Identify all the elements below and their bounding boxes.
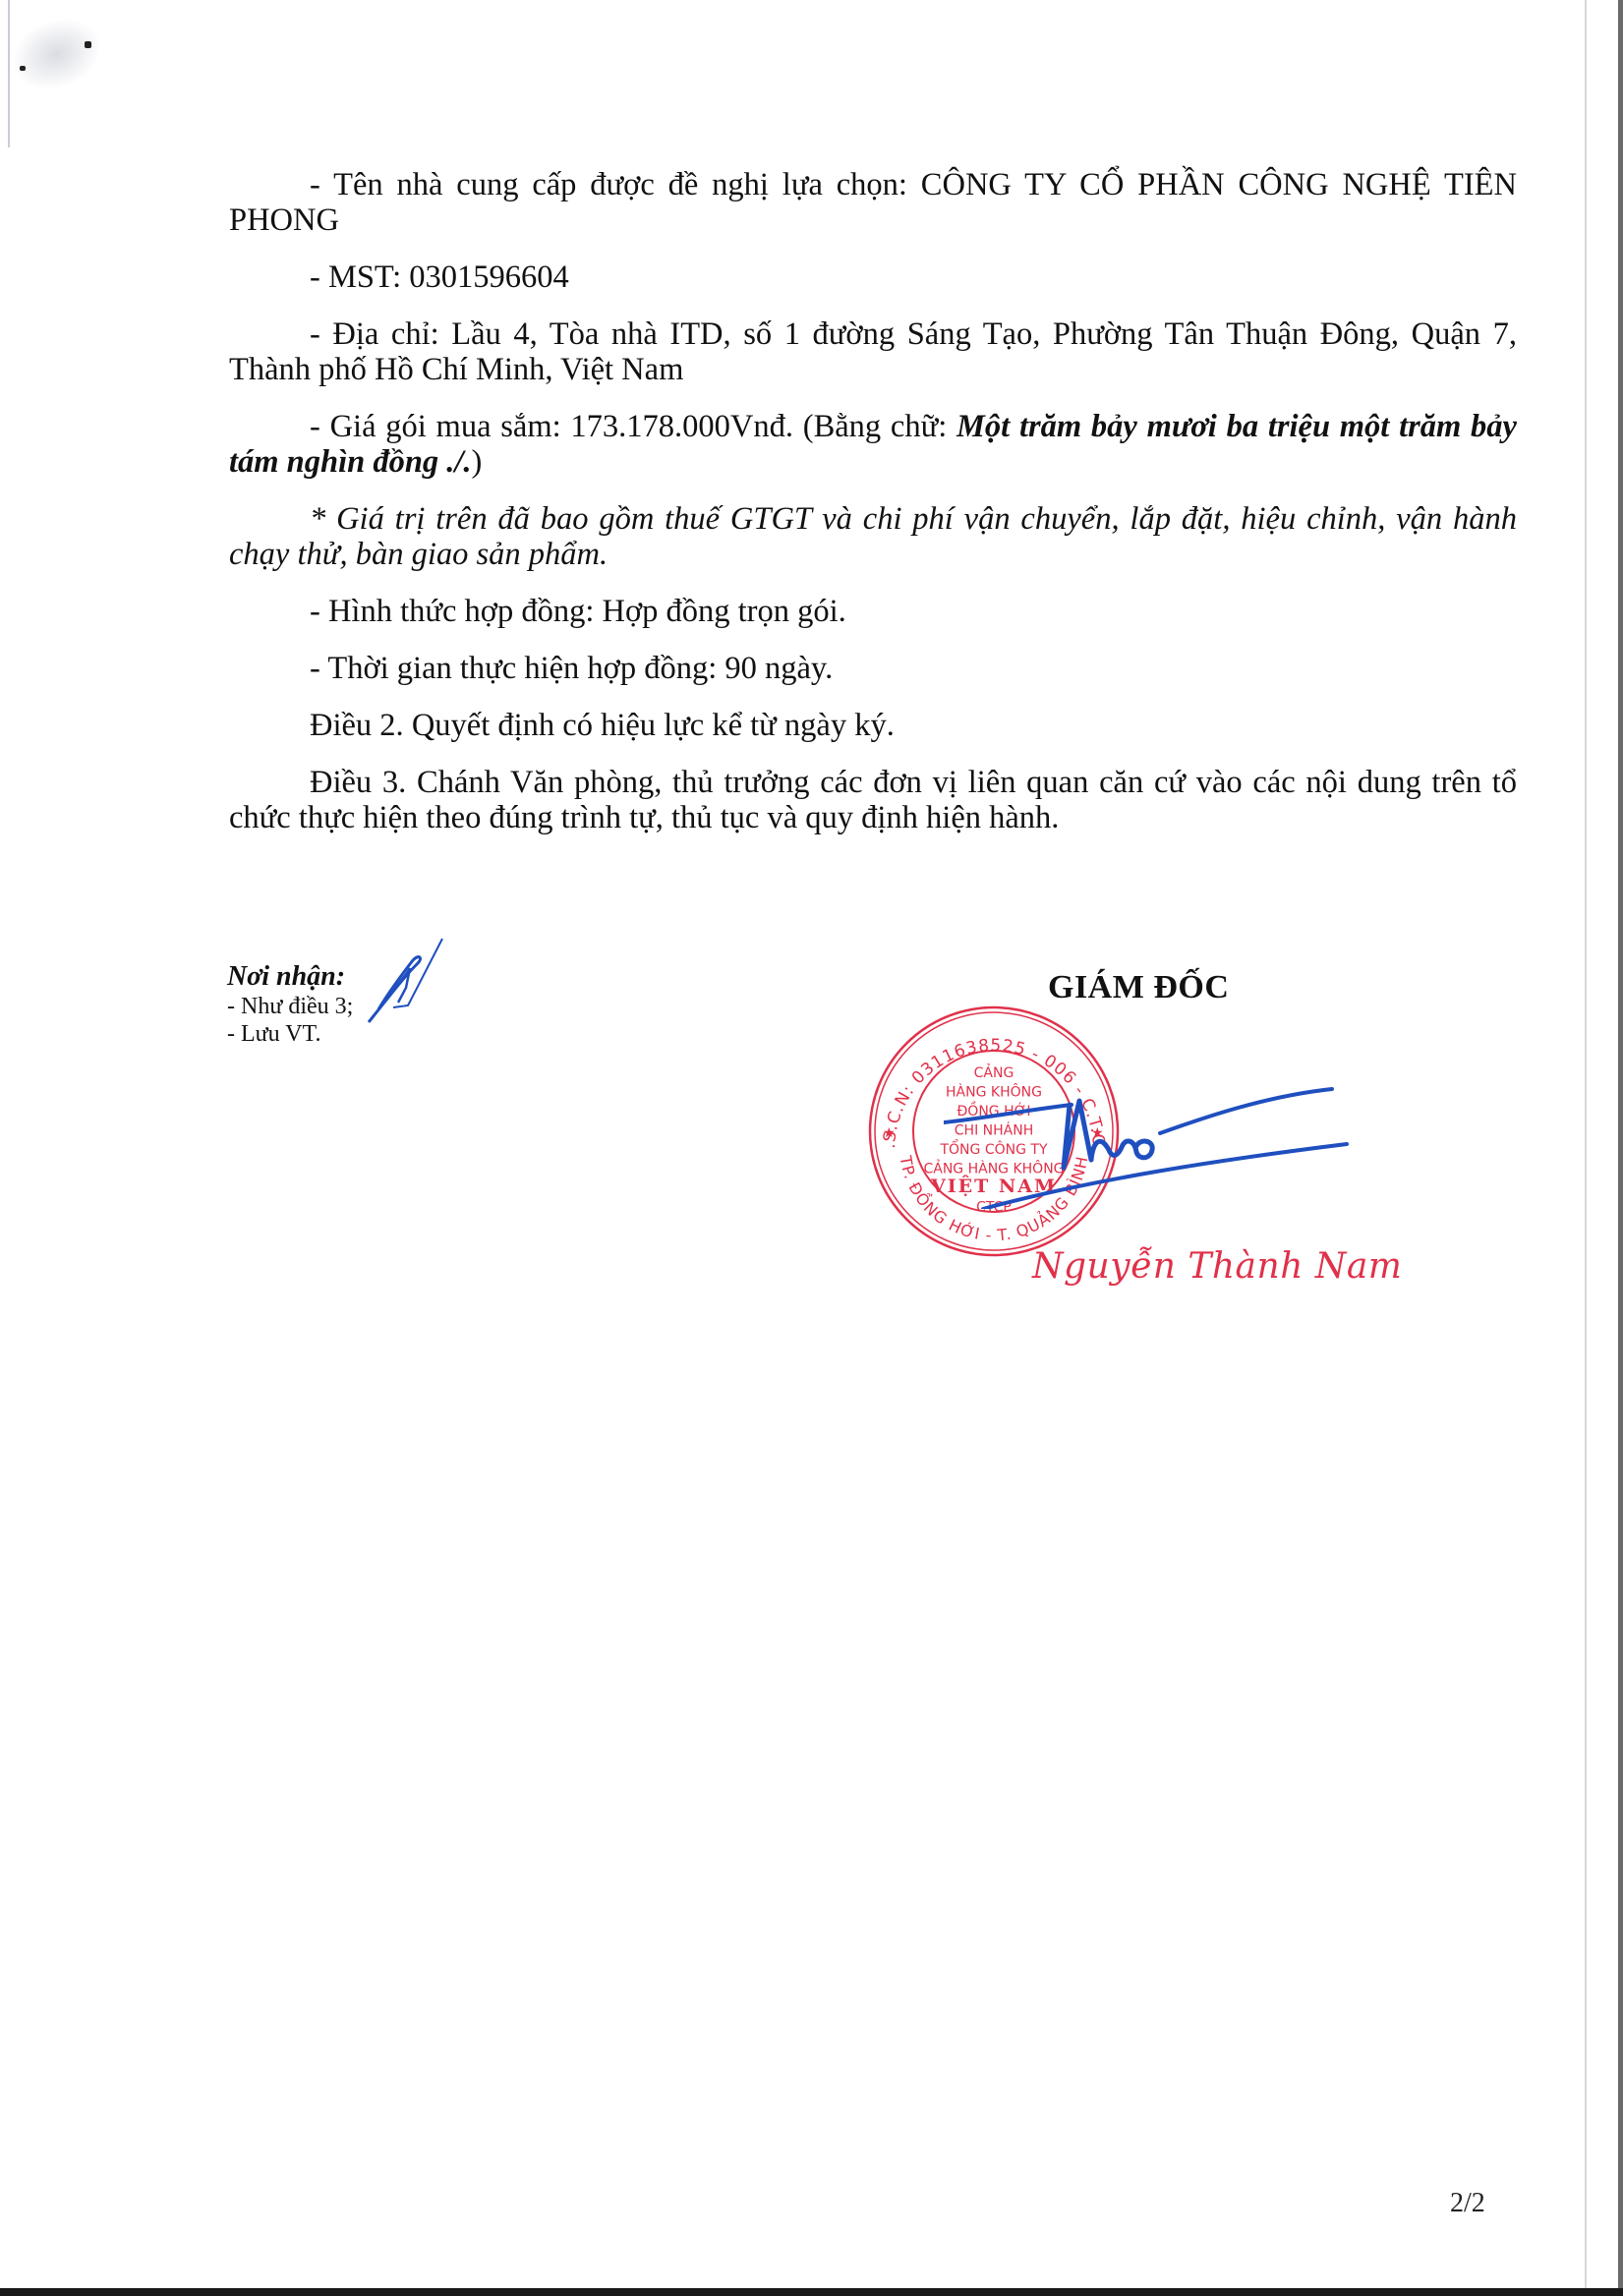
- recipients-heading: Nơi nhận:: [227, 961, 353, 993]
- document-body: - Tên nhà cung cấp được đề nghị lựa chọn…: [229, 167, 1517, 857]
- text-segment: Điều 2.: [310, 708, 404, 743]
- document-paragraph: - Hình thức hợp đồng: Hợp đồng trọn gói.: [229, 594, 1517, 629]
- document-paragraph: Điều 2. Quyết định có hiệu lực kể từ ngà…: [229, 708, 1517, 743]
- stamp-star-icon: ★: [883, 1126, 896, 1141]
- scan-edge-bottom: [0, 2288, 1623, 2296]
- document-paragraph: * Giá trị trên đã bao gồm thuế GTGT và c…: [229, 501, 1517, 572]
- scan-speck: [85, 41, 91, 48]
- page-number: 2/2: [1450, 2188, 1485, 2219]
- text-segment: Quyết định có hiệu lực kể từ ngày ký.: [404, 708, 895, 743]
- scan-edge-left: [8, 0, 10, 147]
- scan-edge-line: [1585, 0, 1587, 2296]
- scan-speck: [20, 66, 26, 71]
- recipients-block: Nơi nhận: - Như điều 3; - Lưu VT.: [227, 961, 353, 1048]
- document-paragraph: - MST: 0301596604: [229, 259, 1517, 295]
- text-segment: Điều 3.: [310, 765, 406, 800]
- document-paragraph: Điều 3. Chánh Văn phòng, thủ trưởng các …: [229, 765, 1517, 835]
- text-segment: ): [472, 444, 483, 480]
- text-segment: - Giá gói mua sắm:: [310, 409, 570, 444]
- signer-name: Nguyễn Thành Nam: [1032, 1246, 1402, 1287]
- text-segment: - Địa chỉ: Lầu 4, Tòa nhà ITD, số 1 đườn…: [229, 316, 1517, 387]
- text-segment: 173.178.000Vnđ.: [570, 409, 793, 444]
- text-segment: - Tên nhà cung cấp được đề nghị lựa chọn…: [229, 167, 1517, 238]
- document-paragraph: - Địa chỉ: Lầu 4, Tòa nhà ITD, số 1 đườn…: [229, 316, 1517, 387]
- text-segment: * Giá trị trên đã bao gồm thuế GTGT và c…: [229, 501, 1517, 572]
- scan-edge-right: [1618, 0, 1623, 2296]
- initial-signature-mark: [349, 929, 447, 1037]
- document-paragraph: - Giá gói mua sắm: 173.178.000Vnđ. (Bằng…: [229, 409, 1517, 480]
- signer-title: GIÁM ĐỐC: [1048, 969, 1229, 1006]
- scan-smudge: [1, 6, 112, 102]
- text-segment: (Bằng chữ:: [793, 409, 956, 444]
- text-segment: - Thời gian thực hiện hợp đồng: 90 ngày.: [310, 651, 833, 686]
- handwritten-signature: [944, 1062, 1357, 1209]
- text-segment: Chánh Văn phòng, thủ trưởng các đơn vị l…: [229, 765, 1517, 835]
- recipient-item: - Như điều 3;: [227, 993, 353, 1020]
- text-segment: - Hình thức hợp đồng: Hợp đồng trọn gói.: [310, 594, 846, 629]
- text-segment: - MST: 0301596604: [310, 259, 569, 295]
- document-paragraph: - Thời gian thực hiện hợp đồng: 90 ngày.: [229, 651, 1517, 686]
- recipient-item: - Lưu VT.: [227, 1020, 353, 1048]
- document-paragraph: - Tên nhà cung cấp được đề nghị lựa chọn…: [229, 167, 1517, 238]
